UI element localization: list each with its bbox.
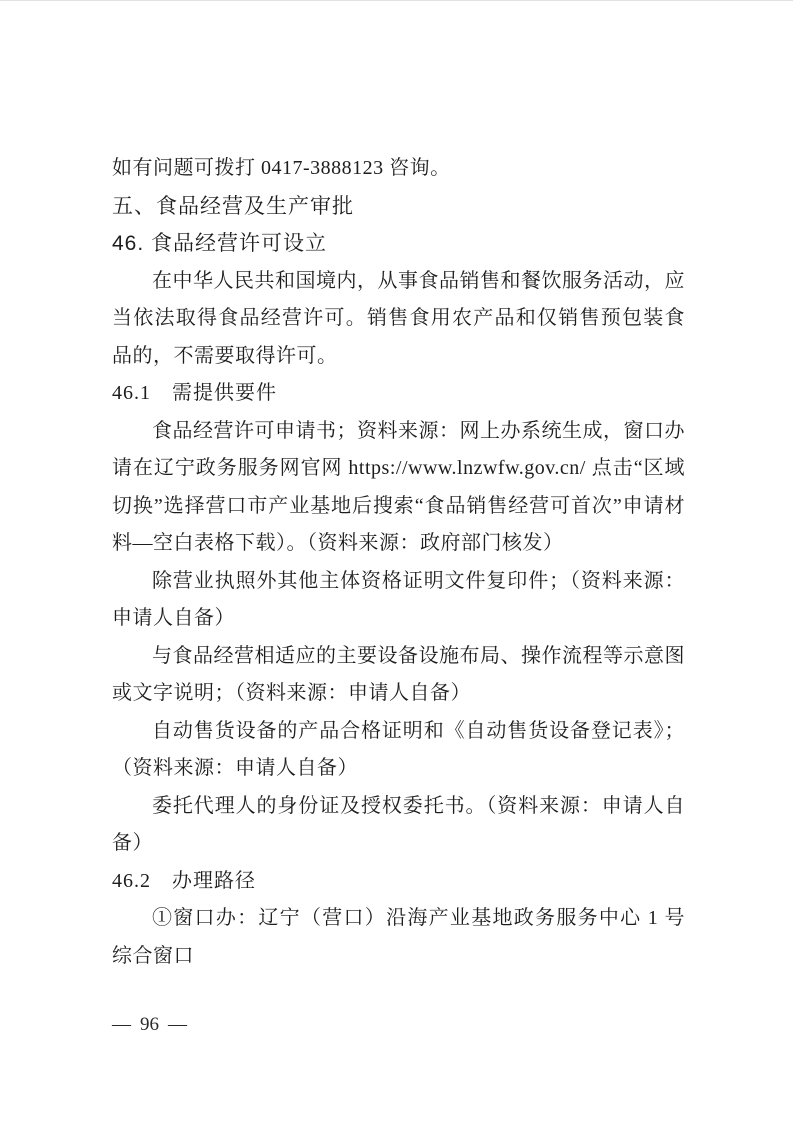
paragraph-qualification-copies: 除营业执照外其他主体资格证明文件复印件；（资料来源：申请人自备） xyxy=(112,563,685,638)
footer-dash-right: — xyxy=(168,1012,187,1038)
paragraph-hotline-note: 如有问题可拨打 0417-3888123 咨询。 xyxy=(112,150,685,188)
paragraph-license-scope: 在中华人民共和国境内，从事食品销售和餐饮服务活动，应当依法取得食品经营许可。销售… xyxy=(112,263,685,376)
paragraph-application-form: 食品经营许可申请书；资料来源：网上办系统生成，窗口办请在辽宁政务服务网官网 ht… xyxy=(112,413,685,563)
item-heading-46: 46. 食品经营许可设立 xyxy=(112,225,685,263)
section-heading-five: 五、食品经营及生产审批 xyxy=(112,188,685,226)
subheading-46-1-required-materials: 46.1 需提供要件 xyxy=(112,375,685,413)
paragraph-window-service-location: ①窗口办：辽宁（营口）沿海产业基地政务服务中心 1 号综合窗口 xyxy=(112,900,685,975)
document-body: 如有问题可拨打 0417-3888123 咨询。 五、食品经营及生产审批 46.… xyxy=(112,150,685,975)
page-footer: —96— xyxy=(112,1012,187,1038)
scan-top-edge xyxy=(0,0,793,1)
paragraph-equipment-layout: 与食品经营相适应的主要设备设施布局、操作流程等示意图或文字说明；（资料来源：申请… xyxy=(112,638,685,713)
paragraph-vending-machine-certificate: 自动售货设备的产品合格证明和《自动售货设备登记表》；（资料来源：申请人自备） xyxy=(112,713,685,788)
document-page: { "doc": { "blocks": [ { "style": "body"… xyxy=(0,0,793,1122)
paragraph-agent-authorization: 委托代理人的身份证及授权委托书。（资料来源：申请人自备） xyxy=(112,788,685,863)
subheading-46-2-handling-path: 46.2 办理路径 xyxy=(112,863,685,901)
footer-dash-left: — xyxy=(112,1012,131,1038)
page-number: 96 xyxy=(140,1012,159,1038)
